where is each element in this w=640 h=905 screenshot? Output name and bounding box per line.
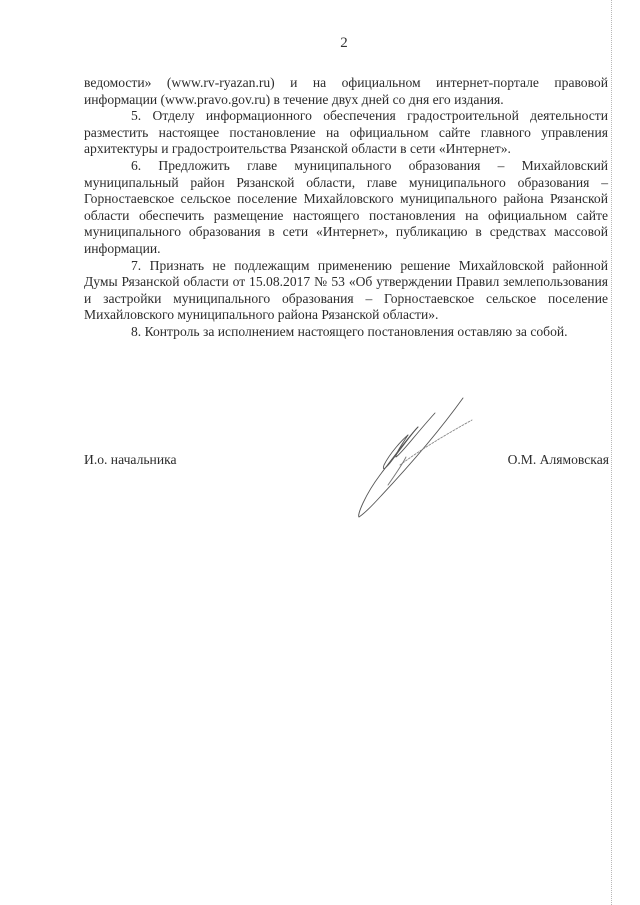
- paragraph-item-8: 8. Контроль за исполнением настоящего по…: [84, 324, 608, 341]
- page-number: 2: [0, 35, 640, 52]
- signatory-title: И.о. начальника: [84, 452, 177, 468]
- document-body: ведомости» (www.rv-ryazan.ru) и на офици…: [84, 75, 608, 341]
- signatory-name: О.М. Алямовская: [508, 452, 609, 468]
- paragraph-item-5: 5. Отделу информационного обеспечения гр…: [84, 108, 608, 158]
- paragraph-continuation: ведомости» (www.rv-ryazan.ru) и на офици…: [84, 75, 608, 108]
- handwritten-signature-icon: [340, 395, 480, 520]
- paragraph-item-6: 6. Предложить главе муниципального образ…: [84, 158, 608, 258]
- margin-dotted-line: [611, 0, 612, 905]
- paragraph-item-7: 7. Признать не подлежащим применению реш…: [84, 258, 608, 324]
